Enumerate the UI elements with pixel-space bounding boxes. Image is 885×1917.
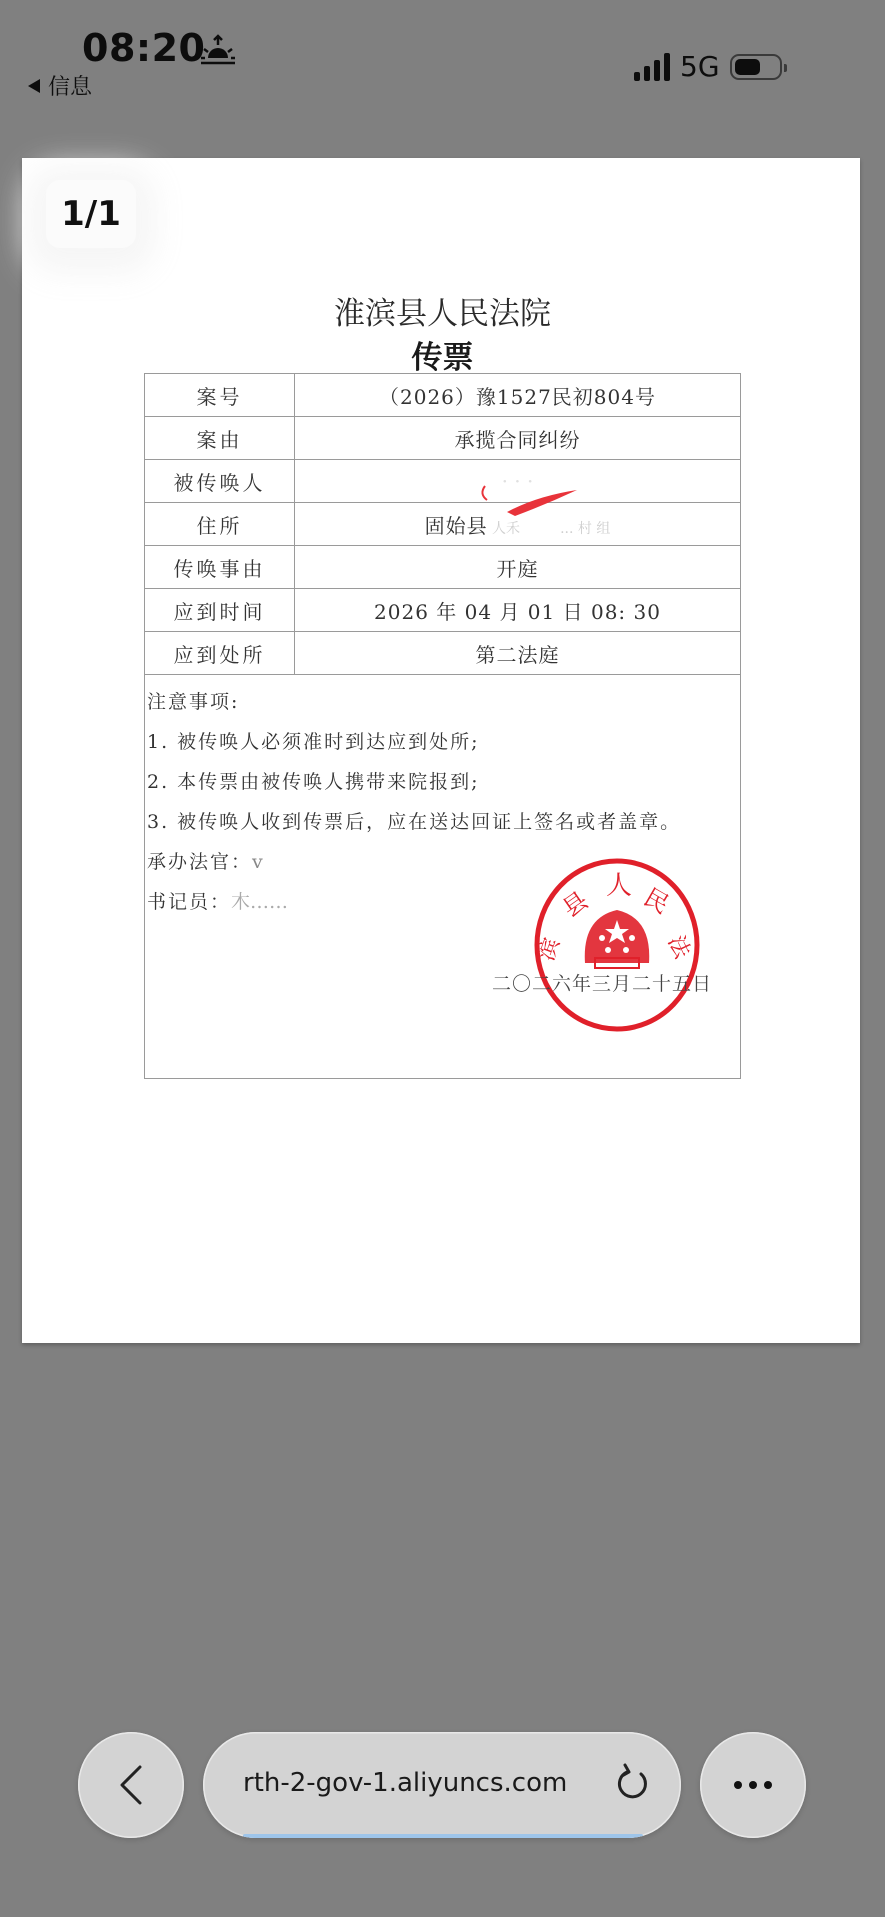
note-item: 3. 被传唤人收到传票后，应在送达回证上签名或者盖章。 xyxy=(147,807,681,834)
row-label: 被传唤人 xyxy=(145,460,295,503)
status-indicators: 5G xyxy=(634,50,782,83)
judge-line: 承办法官：v xyxy=(147,847,263,874)
row-label: 应到处所 xyxy=(145,632,295,675)
notes-heading: 注意事项: xyxy=(147,687,239,714)
table-row: 应到处所 第二法庭 xyxy=(145,632,741,675)
browser-back-button[interactable] xyxy=(78,1732,184,1838)
row-label: 案由 xyxy=(145,417,295,460)
more-dots-icon xyxy=(749,1781,757,1789)
summons-reason: 开庭 xyxy=(295,546,741,589)
clerk-label: 书记员： xyxy=(147,891,231,913)
table-row: 案由 承揽合同纠纷 xyxy=(145,417,741,460)
network-type: 5G xyxy=(680,50,720,83)
row-label: 住所 xyxy=(145,503,295,546)
note-item: 2. 本传票由被传唤人携带来院报到; xyxy=(147,767,480,794)
back-to-app-label: 信息 xyxy=(48,70,92,101)
svg-text:法: 法 xyxy=(663,932,695,963)
row-label: 案号 xyxy=(145,374,295,417)
clerk-line: 书记员：木…… xyxy=(147,887,288,914)
reload-icon[interactable] xyxy=(611,1762,655,1808)
cellular-signal-icon xyxy=(634,53,670,81)
back-to-app-button[interactable]: 信息 xyxy=(28,70,92,101)
table-row: 案号 （2026）豫1527民初804号 xyxy=(145,374,741,417)
table-row: 传唤事由 开庭 xyxy=(145,546,741,589)
row-label: 应到时间 xyxy=(145,589,295,632)
judge-label: 承办法官： xyxy=(147,851,252,873)
address-redacted: 人禾 ... 村 组 xyxy=(488,518,611,538)
back-triangle-icon xyxy=(28,79,40,93)
issue-date: 二〇二六年三月二十五日 xyxy=(492,969,712,996)
court-name: 淮滨县人民法院 xyxy=(0,288,885,333)
case-number: （2026）豫1527民初804号 xyxy=(295,374,741,417)
court-seal-icon: 县 人 民 滨 法 xyxy=(530,858,705,1033)
appearance-place: 第二法庭 xyxy=(295,632,741,675)
row-label: 传唤事由 xyxy=(145,546,295,589)
load-progress-bar xyxy=(243,1834,643,1838)
judge-name-redacted: v xyxy=(252,851,263,873)
page-indicator: 1/1 xyxy=(46,180,136,248)
alarm-icon xyxy=(198,34,238,66)
svg-text:民: 民 xyxy=(639,883,674,919)
more-options-button[interactable] xyxy=(700,1732,806,1838)
table-row: 应到时间 2026 年 04 月 01 日 08: 30 xyxy=(145,589,741,632)
phone-screen: 08:20 信息 5G 1/1 淮滨县人民法院 传票 案号 （2026）豫152… xyxy=(0,0,885,1917)
status-time: 08:20 xyxy=(82,26,205,70)
svg-text:人: 人 xyxy=(606,871,632,901)
svg-text:县: 县 xyxy=(557,886,593,923)
address-bar[interactable]: rth-2-gov-1.aliyuncs.com xyxy=(203,1732,681,1838)
table-row: 住所 固始县 人禾 ... 村 组 xyxy=(145,503,741,546)
more-dots-icon xyxy=(734,1781,742,1789)
clerk-name-redacted: 木…… xyxy=(231,887,288,914)
battery-icon xyxy=(730,54,782,80)
case-cause: 承揽合同纠纷 xyxy=(295,417,741,460)
note-item: 1. 被传唤人必须准时到达应到处所; xyxy=(147,727,480,754)
redaction-scribble xyxy=(477,478,587,518)
document-type: 传票 xyxy=(0,332,885,377)
appearance-time: 2026 年 04 月 01 日 08: 30 xyxy=(295,589,741,632)
url-text[interactable]: rth-2-gov-1.aliyuncs.com xyxy=(243,1768,567,1798)
summons-table: 案号 （2026）豫1527民初804号 案由 承揽合同纠纷 被传唤人 · · … xyxy=(144,373,741,675)
table-row: 被传唤人 · · · xyxy=(145,460,741,503)
more-dots-icon xyxy=(764,1781,772,1789)
chevron-left-icon xyxy=(116,1763,146,1807)
